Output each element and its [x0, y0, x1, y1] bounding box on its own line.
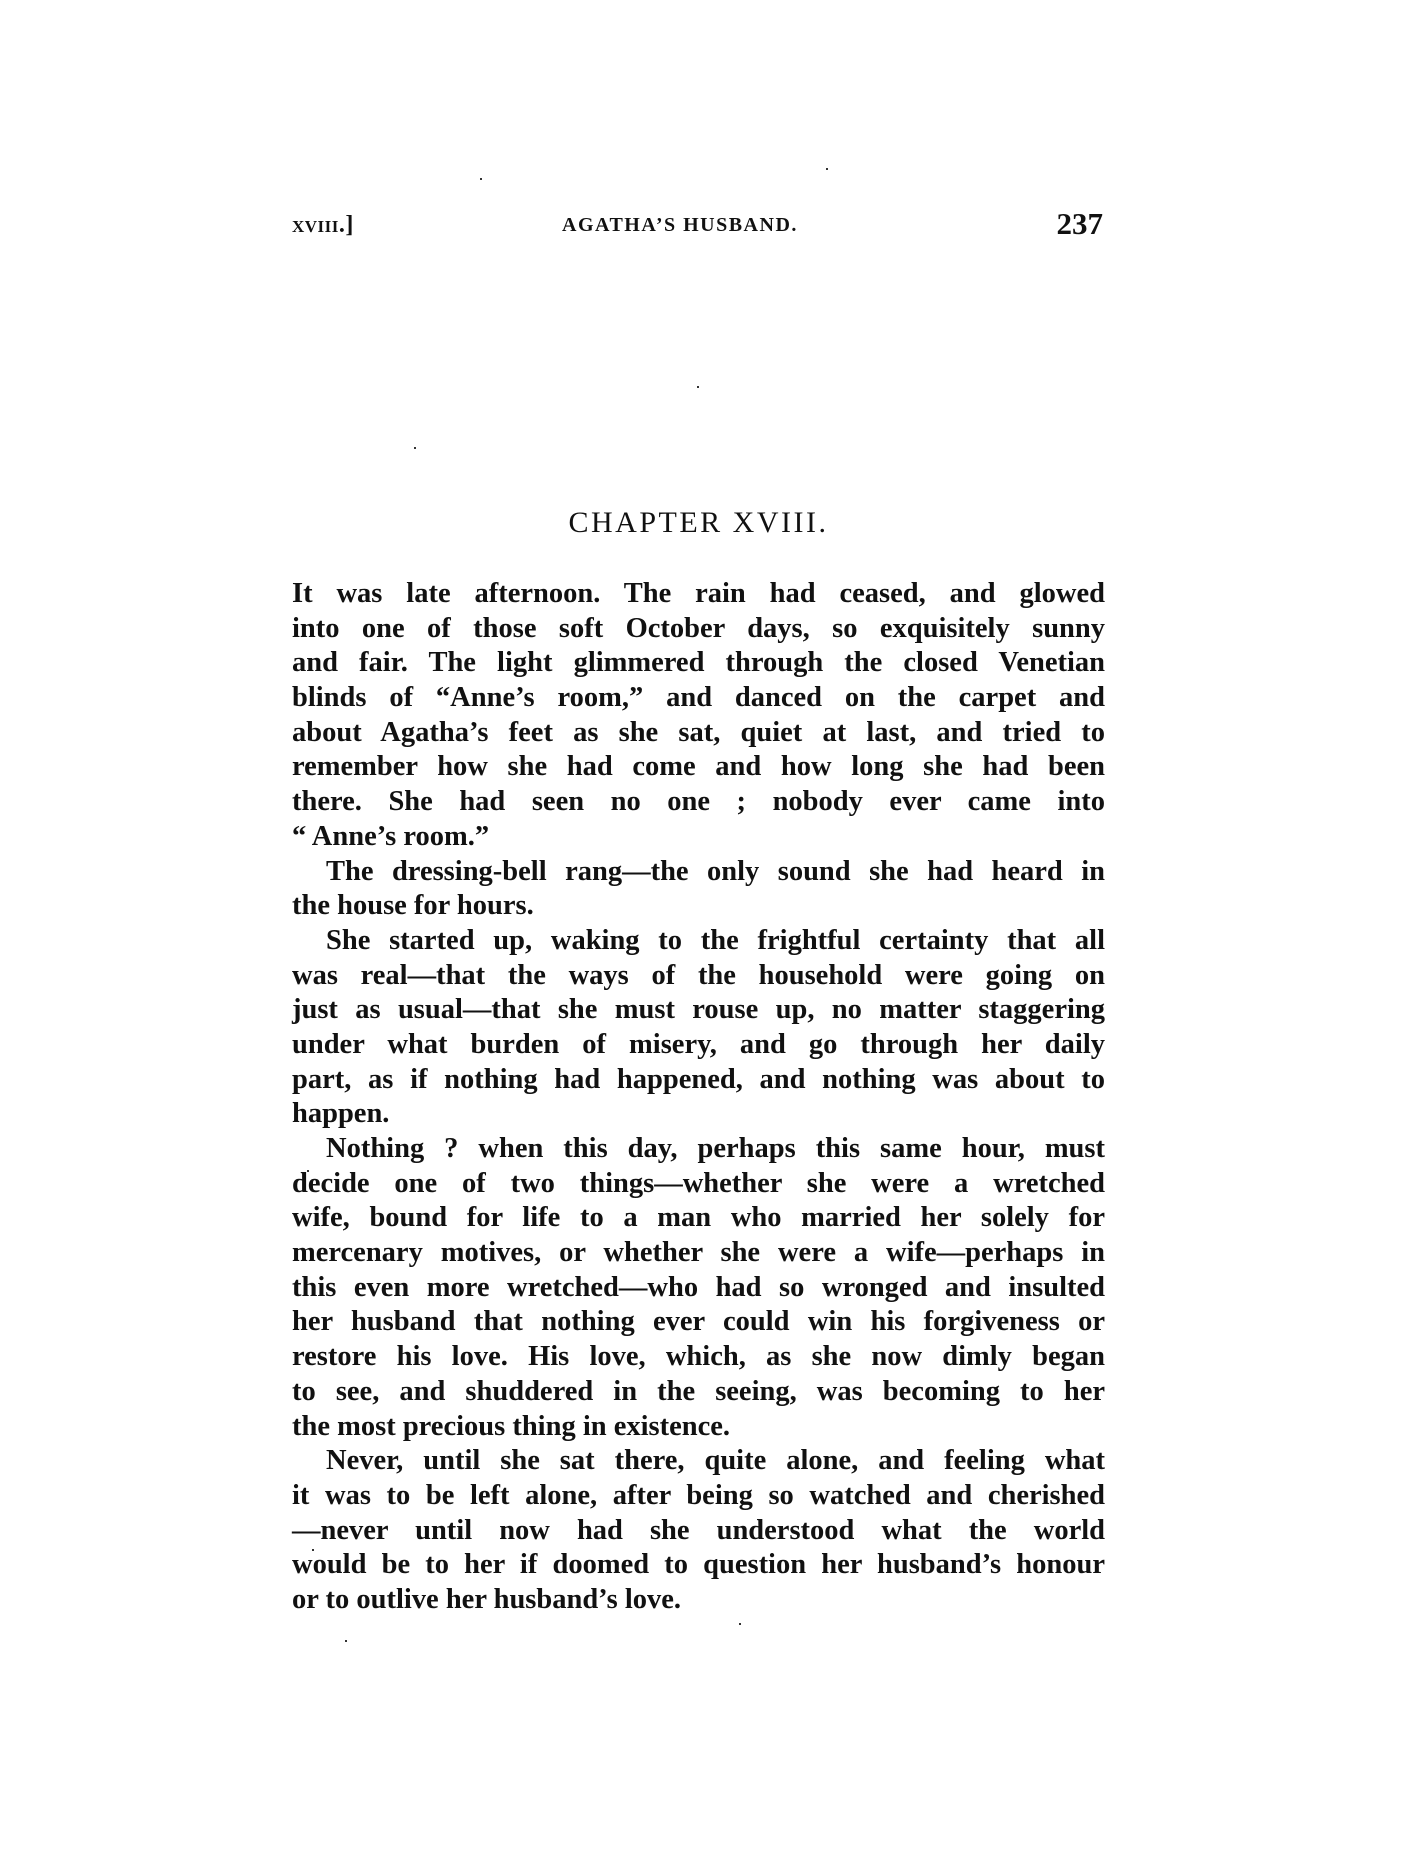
text-line: decide one of two things—whether she wer… — [292, 1167, 1105, 1202]
text-line: would be to her if doomed to question he… — [292, 1548, 1105, 1583]
scan-speck — [697, 386, 699, 388]
text-line: this even more wretched—who had so wrong… — [292, 1271, 1105, 1306]
text-line: It was late afternoon. The rain had ceas… — [292, 577, 1105, 612]
text-line: the most precious thing in existence. — [292, 1410, 1105, 1445]
text-line: her husband that nothing ever could win … — [292, 1305, 1105, 1340]
text-line: the house for hours. — [292, 889, 1105, 924]
text-line: part, as if nothing had happened, and no… — [292, 1063, 1105, 1098]
text-line: Never, until she sat there, quite alone,… — [292, 1444, 1105, 1479]
text-line: or to outlive her husband’s love. — [292, 1583, 1105, 1618]
text-line: blinds of “Anne’s room,” and danced on t… — [292, 681, 1105, 716]
page-number: 237 — [1057, 206, 1104, 242]
text-line: there. She had seen no one ; nobody ever… — [292, 785, 1105, 820]
text-line: The dressing-bell rang—the only sound sh… — [292, 855, 1105, 890]
text-line: Nothing ? when this day, perhaps this sa… — [292, 1132, 1105, 1167]
scan-speck — [826, 168, 828, 170]
scan-speck — [739, 1623, 741, 1625]
text-line: about Agatha’s feet as she sat, quiet at… — [292, 716, 1105, 751]
text-line: restore his love. His love, which, as sh… — [292, 1340, 1105, 1375]
scan-speck — [414, 447, 416, 449]
book-page: XVIII.] AGATHA’S HUSBAND. 237 CHAPTER XV… — [0, 0, 1402, 1851]
text-line: happen. — [292, 1097, 1105, 1132]
scan-speck — [480, 178, 482, 180]
body-text: It was late afternoon. The rain had ceas… — [292, 577, 1105, 1618]
text-line: just as usual—that she must rouse up, no… — [292, 993, 1105, 1028]
scan-speck — [345, 1640, 347, 1642]
chapter-title: CHAPTER XVIII. — [292, 506, 1105, 540]
text-line: and fair. The light glimmered through th… — [292, 646, 1105, 681]
text-line: remember how she had come and how long s… — [292, 750, 1105, 785]
text-line: She started up, waking to the frightful … — [292, 924, 1105, 959]
text-line: it was to be left alone, after being so … — [292, 1479, 1105, 1514]
text-line: “ Anne’s room.” — [292, 820, 1105, 855]
running-head-title: AGATHA’S HUSBAND. — [562, 214, 798, 237]
text-line: to see, and shuddered in the seeing, was… — [292, 1375, 1105, 1410]
text-line: into one of those soft October days, so … — [292, 612, 1105, 647]
text-line: under what burden of misery, and go thro… — [292, 1028, 1105, 1063]
running-head-chapter: XVIII.] — [292, 212, 354, 239]
text-line: was real—that the ways of the household … — [292, 959, 1105, 994]
text-line: wife, bound for life to a man who marrie… — [292, 1201, 1105, 1236]
text-line: —never until now had she understood what… — [292, 1514, 1105, 1549]
running-head: XVIII.] AGATHA’S HUSBAND. 237 — [292, 206, 1105, 246]
text-line: mercenary motives, or whether she were a… — [292, 1236, 1105, 1271]
